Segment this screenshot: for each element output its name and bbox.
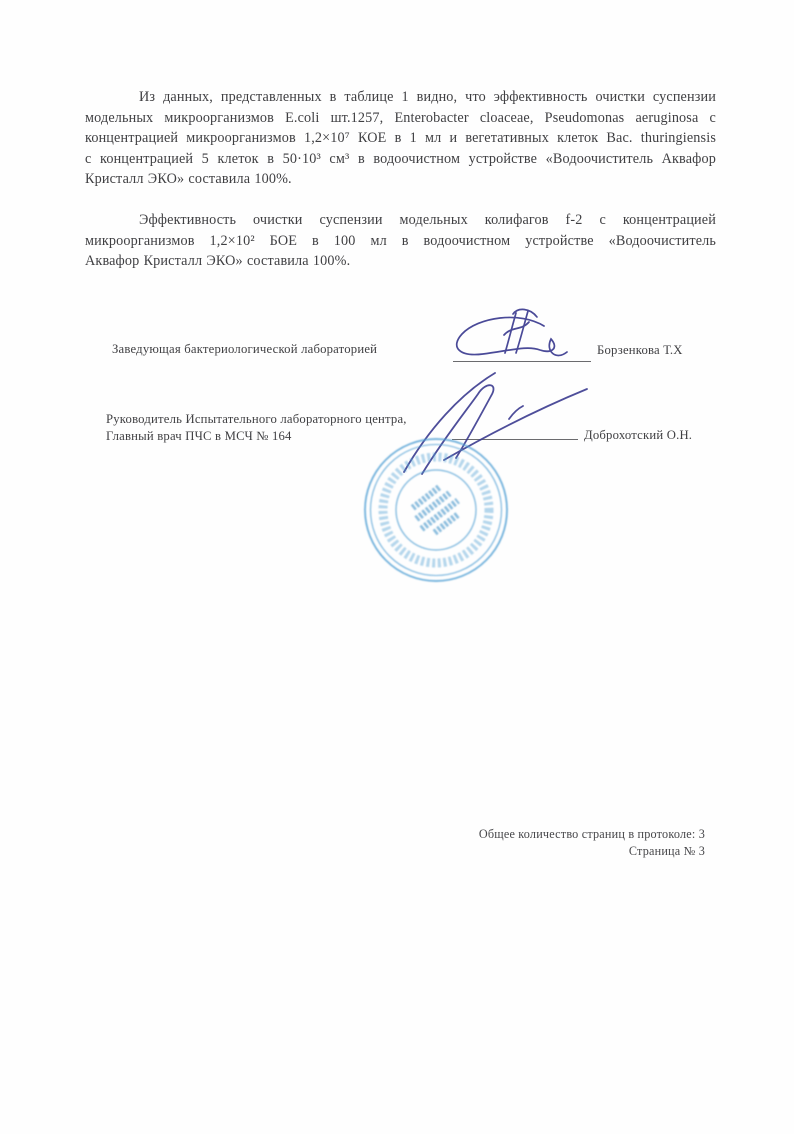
paragraph-1-line-1: Из данных, представленных в таблице 1 ви… bbox=[85, 87, 716, 108]
signature-2-name: Доброхотский О.Н. bbox=[584, 428, 692, 443]
stamp-ring-text-band bbox=[383, 457, 489, 563]
paragraph-1: Из данных, представленных в таблице 1 ви… bbox=[85, 87, 716, 190]
paragraph-2-line-1: Эффективность очистки суспензии модельны… bbox=[85, 210, 716, 231]
stamp-center-ring bbox=[396, 470, 476, 550]
footer: Общее количество страниц в протоколе: 3 … bbox=[479, 826, 705, 859]
paragraph-2-line-2: микроорганизмов 1,2×10² БОЕ в 100 мл в в… bbox=[85, 231, 716, 252]
paragraph-1-line-5: Кристалл ЭКО» составила 100%. bbox=[85, 169, 716, 190]
stamp-inner-ring bbox=[371, 445, 502, 576]
stamp-center-text-lines bbox=[408, 483, 465, 537]
signature-1-title: Заведующая бактериологической лаборатори… bbox=[112, 341, 377, 358]
signature-1-name: Борзенкова Т.Х bbox=[597, 343, 683, 358]
footer-total-pages: Общее количество страниц в протоколе: 3 bbox=[479, 826, 705, 843]
signature-1-ink bbox=[448, 306, 598, 368]
signature-2-title: Руководитель Испытательного лабораторног… bbox=[106, 411, 407, 445]
footer-page-number: Страница № 3 bbox=[479, 843, 705, 860]
signature-1-line bbox=[453, 361, 591, 362]
signature-2-title-line-2: Главный врач ПЧС в МСЧ № 164 bbox=[106, 428, 407, 445]
paragraph-2-line-3: Аквафор Кристалл ЭКО» составила 100%. bbox=[85, 251, 716, 272]
official-stamp bbox=[361, 435, 511, 585]
paragraph-2: Эффективность очистки суспензии модельны… bbox=[85, 210, 716, 272]
signature-2-title-line-1: Руководитель Испытательного лабораторног… bbox=[106, 411, 407, 428]
paragraph-1-line-2: модельных микроорганизмов E.coli шт.1257… bbox=[85, 108, 716, 129]
scanned-protocol-page: Из данных, представленных в таблице 1 ви… bbox=[0, 0, 794, 1134]
signature-2-line bbox=[452, 439, 578, 440]
paragraph-1-line-3: концентрацией микроорганизмов 1,2×10⁷ КО… bbox=[85, 128, 716, 149]
stamp-outer-ring bbox=[365, 439, 507, 581]
signature-2-ink bbox=[378, 360, 608, 478]
paragraph-1-line-4: с концентрацией 5 клеток в 50·10³ см³ в … bbox=[85, 149, 716, 170]
